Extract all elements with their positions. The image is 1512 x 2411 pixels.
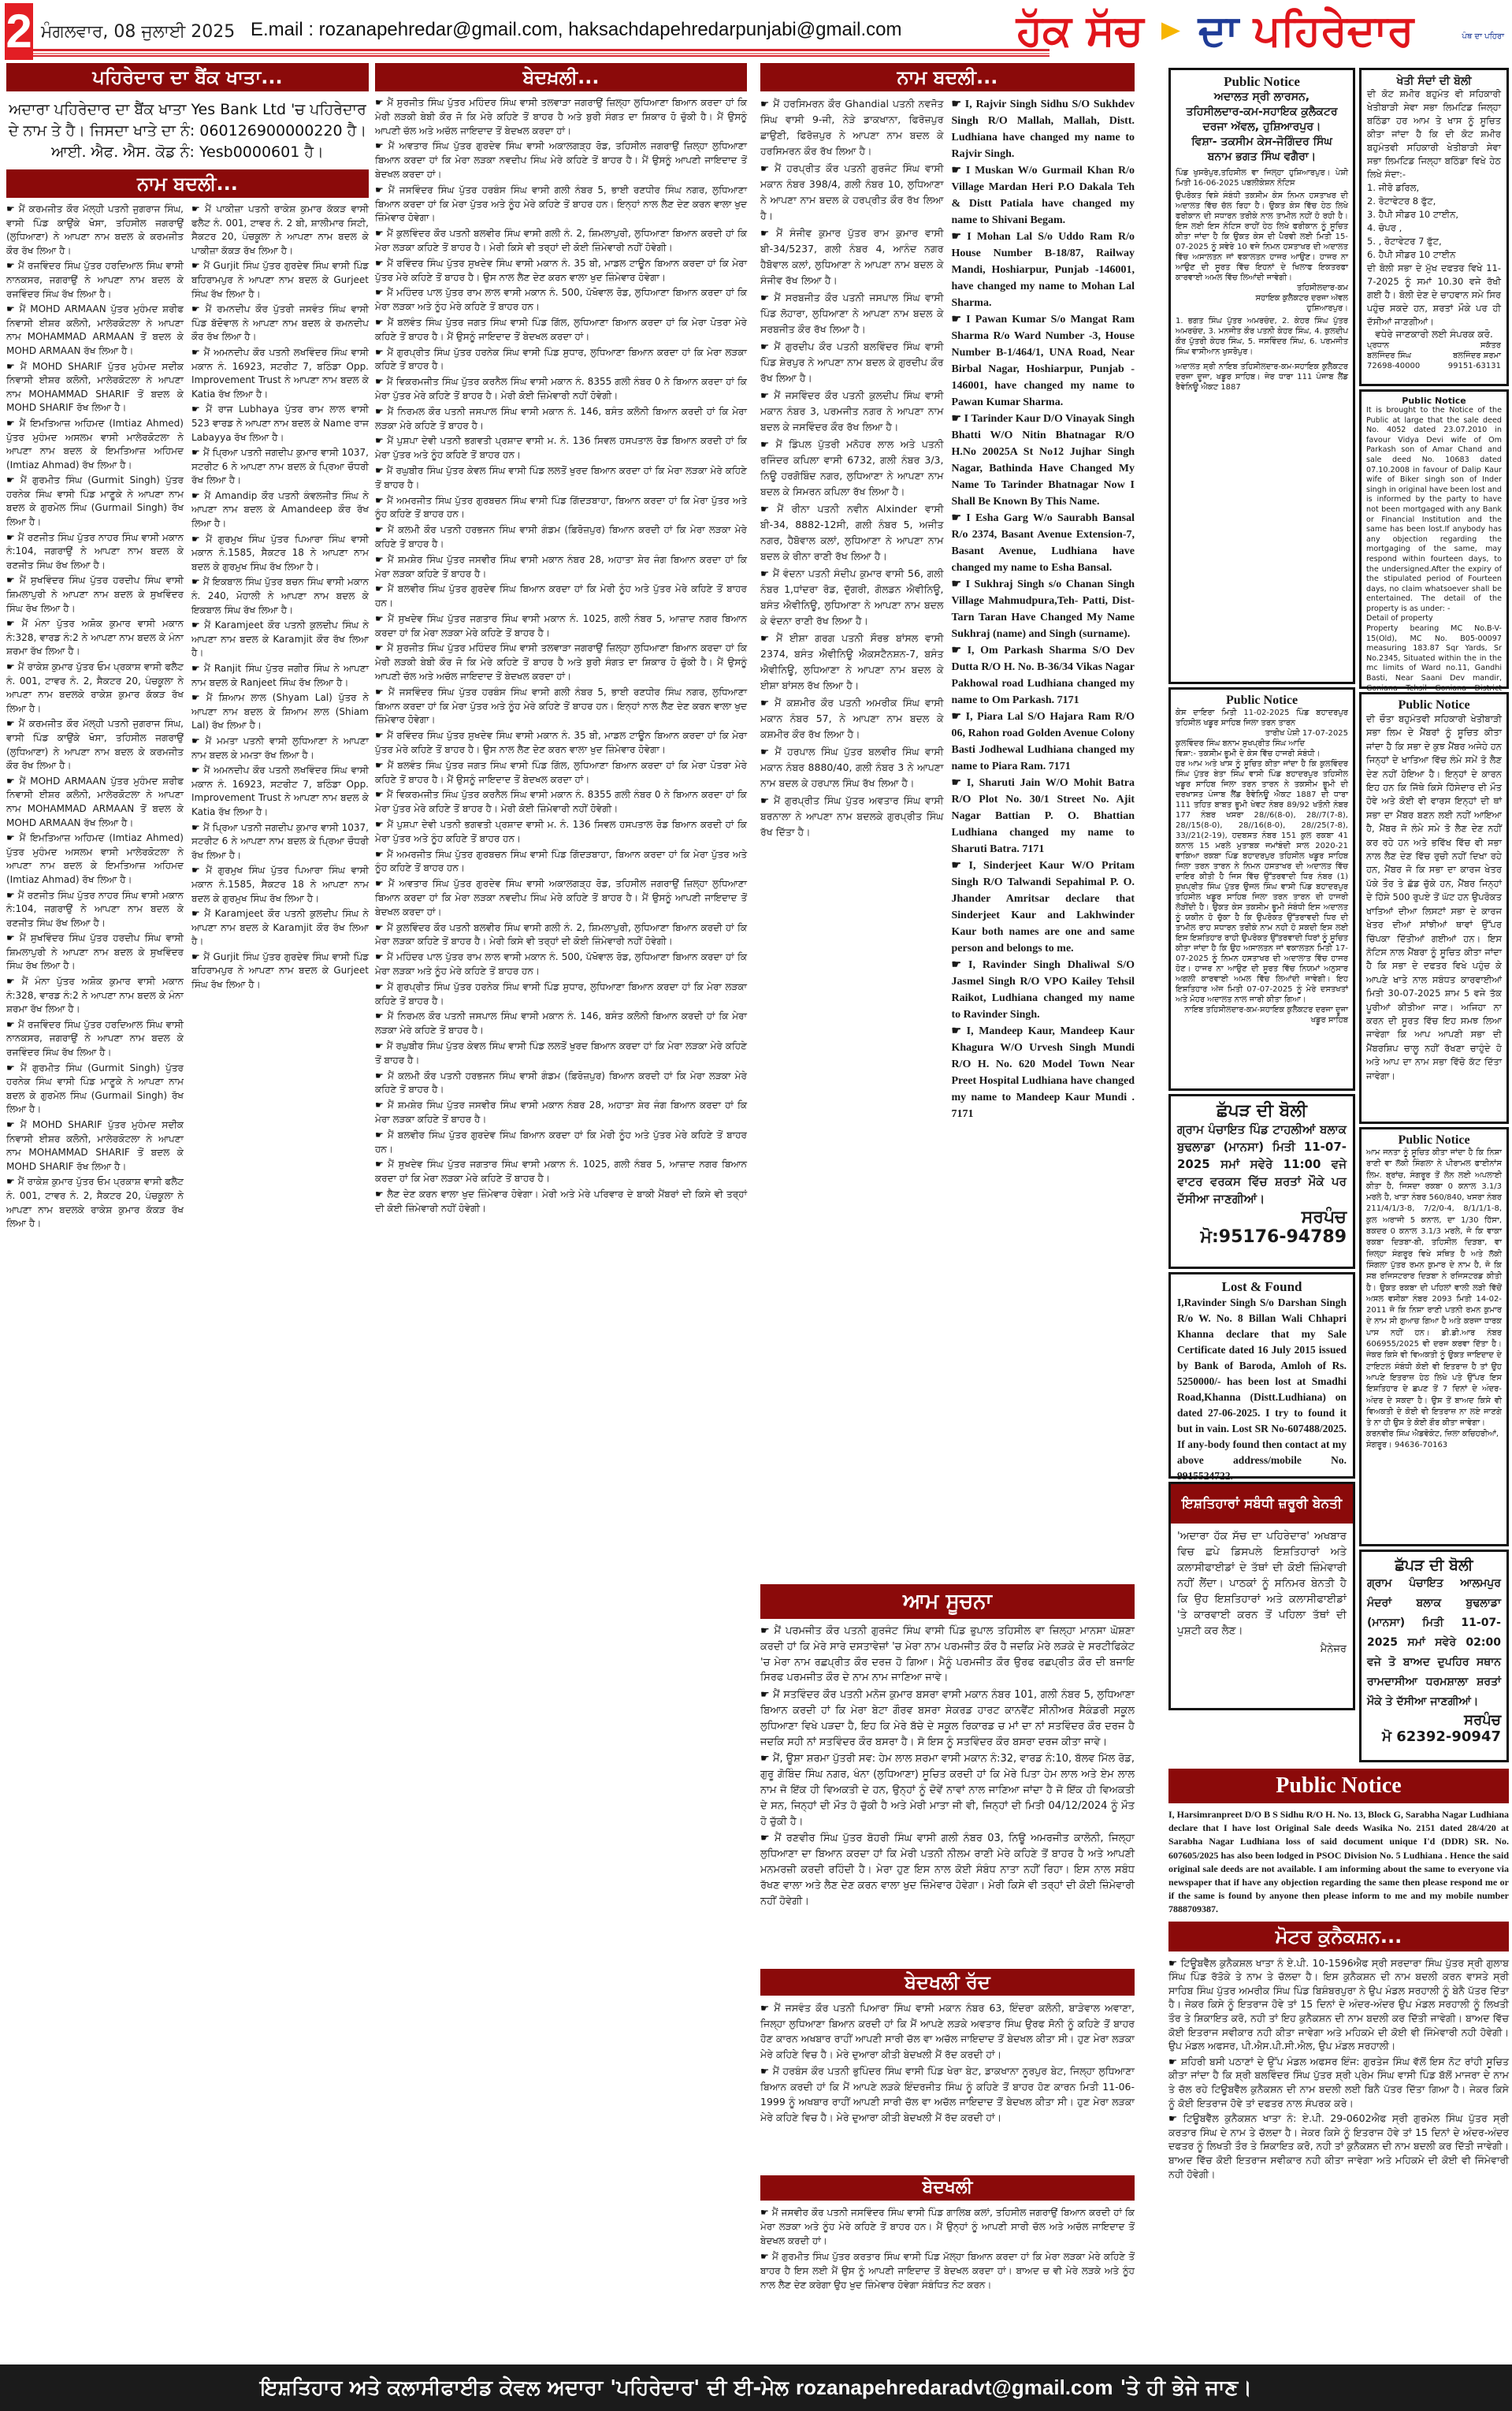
list-item: ਮੈਂ ਰਣਜੀਤ ਸਿੰਘ ਪੁੱਤਰ ਨਾਹਰ ਸਿੰਘ ਵਾਸੀ ਮਕਾਨ… xyxy=(6,889,184,931)
list-item: ਮੈਂ ਜਸਵੀਰ ਕੌਰ ਪਤਨੀ ਜਸਵਿੰਦਰ ਸਿੰਘ ਵਾਸੀ ਪਿੰ… xyxy=(760,2205,1135,2248)
list-item: ਮੈਂ ਅਮਨਦੀਪ ਕੌਰ ਪਤਨੀ ਲਖਵਿੰਦਰ ਸਿੰਘ ਵਾਸੀ ਮਕ… xyxy=(191,764,369,819)
bank-heading: ਪਹਿਰੇਦਾਰ ਦਾ ਬੈਂਕ ਖਾਤਾ... xyxy=(6,63,369,91)
boli-outro: ਦੀ ਬੋਲੀ ਸਭਾ ਦੇ ਮੁੱਖ ਦਫਤਰ ਵਿਖੇ 11-7-2025 … xyxy=(1367,262,1501,329)
list-item: ਮੈਂ ਹਰਪ੍ਰੀਤ ਕੌਰ ਪਤਨੀ ਗੁਰਜੰਟ ਸਿੰਘ ਵਾਸੀ ਮਕ… xyxy=(760,161,944,224)
footer-email[interactable]: rozanapehredaradvt@gmail.com xyxy=(796,2376,1113,2399)
list-item: ਮੈਂ ਰਾਕੇਸ਼ ਕੁਮਾਰ ਪੁੱਤਰ ਓਮ ਪ੍ਰਕਾਸ਼ ਵਾਸੀ ਫ… xyxy=(6,1175,184,1230)
list-item: ਮੈਂ ਡਿੰਪਲ ਪੁੱਤਰੀ ਮਨੋਹਰ ਲਾਲ ਅਤੇ ਪਤਨੀ ਰਜਿੰ… xyxy=(760,437,944,500)
list-item: ਮੈਂ ਸ਼ਮਸ਼ੇਰ ਸਿੰਘ ਪੁੱਤਰ ਜਸਵੀਰ ਸਿੰਘ ਵਾਸੀ ਮ… xyxy=(375,553,747,582)
list-item: ਮੈਂ ਗੁਰਦੀਪ ਕੌਰ ਪਤਨੀ ਬਲਵਿੰਦਰ ਸਿੰਘ ਵਾਸੀ ਪਿ… xyxy=(760,339,944,386)
list-item: I Tarinder Kaur D/O Vinayak Singh Bhatti… xyxy=(952,411,1135,510)
list-item: ਮੈਂ ਜਸਵਿੰਦਰ ਕੌਰ ਪਤਨੀ ਕੁਲਦੀਪ ਸਿੰਘ ਵਾਸੀ ਮਕ… xyxy=(760,388,944,435)
list-item: ਮੈਂ ਪ੍ਰਿਆ ਪਤਨੀ ਜਗਦੀਪ ਕੁਮਾਰ ਵਾਸੀ 1037, ਸਟ… xyxy=(191,821,369,863)
list-item: ਮੈਂ ਮਹਿੰਦਰ ਪਾਲ ਪੁੱਤਰ ਰਾਮ ਲਾਲ ਵਾਸੀ ਮਕਾਨ ਨ… xyxy=(375,286,747,314)
list-item: ਮੈਂ ਵਿਕਰਮਜੀਤ ਸਿੰਘ ਪੁੱਤਰ ਕਰਨੈਲ ਸਿੰਘ ਵਾਸੀ … xyxy=(375,788,747,817)
list-item: I Mohan Lal S/o Uddo Ram R/o House Numbe… xyxy=(952,229,1135,311)
list-item: ਮੈਂ ਜਸਵੰਤ ਕੌਰ ਪਤਨੀ ਪਿਆਰਾ ਸਿੰਘ ਵਾਸੀ ਮਕਾਨ … xyxy=(760,2000,1135,2062)
list-item: ਮੈਂ ਸਤਵਿੰਦਰ ਕੌਰ ਪਤਨੀ ਮਨੋਜ ਕੁਮਾਰ ਬਸਰਾ ਵਾਸ… xyxy=(760,1687,1135,1750)
issue-date: ਮੰਗਲਵਾਰ, 08 ਜੁਲਾਈ 2025 xyxy=(41,22,235,42)
list-item: ਮੈਂ ਪਰਮਜੀਤ ਕੌਰ ਪਤਨੀ ਗੁਰਜੰਟ ਸਿੰਘ ਵਾਸੀ ਪਿੰ… xyxy=(760,1624,1135,1686)
boli-body: ਗ੍ਰਾਮ ਪੰਚਾਇਤ ਆਲਮਪੁਰ ਮੰਦਰਾਂ ਬਲਾਕ ਬੁਢਲਾਡਾ … xyxy=(1367,1574,1501,1712)
list-item: ਮੈਂ Amandip ਕੌਰ ਪਤਨੀ ਕੰਵਲਜੀਤ ਸਿੰਘ ਨੇ ਆਪਣ… xyxy=(191,489,369,531)
president-phone: 72698-40000 xyxy=(1367,361,1420,371)
list-item: I, Piara Lal S/O Hajara Ram R/O 06, Raho… xyxy=(952,709,1135,775)
motor-connection-heading: ਮੋਟਰ ਕੁਨੈਕਸ਼ਨ... xyxy=(1168,1922,1509,1951)
list-item: ਮੈਂ ਸ਼ਿਆਮ ਲਾਲ (Shyam Lal) ਪੁੱਤਰ ਨੇ ਆਪਣਾ … xyxy=(191,691,369,733)
list-item: I Muskan W/o Gurmail Khan R/o Village Ma… xyxy=(952,162,1135,229)
list-item: ਮੈਂ ਸੁਖਵਿੰਦਰ ਸਿੰਘ ਪੁੱਤਰ ਹਰਦੀਪ ਸਿੰਘ ਵਾਸੀ … xyxy=(6,574,184,616)
public-notice-takseem: Public Notice ਅਦਾਲਤ ਸ੍ਰੀ ਲਾਰਸਨ, ਤਹਿਸੀਲਦਾ… xyxy=(1168,68,1355,684)
court-lines: ਅਦਾਲਤ ਸ੍ਰੀ ਲਾਰਸਨ, ਤਹਿਸੀਲਦਾਰ-ਕਮ-ਸਹਾਇਕ ਕੁਲ… xyxy=(1176,90,1348,165)
name-change-col-b: ਮੈਂ ਪਾਕੀਜ਼ਾ ਪਤਨੀ ਰਾਕੇਸ਼ ਕੁਮਾਰ ਕੱਕੜ ਵਾਸੀ … xyxy=(191,203,369,1233)
public-notice-heading: Public Notice xyxy=(1168,1769,1509,1803)
case-details: ਪਿੰਡ ਖੁਸਰੋਪੁਰ,ਤਹਿਸੀਲ ਵਾ ਜਿਲ੍ਹਾ ਹੁਸ਼ਿਆਰਪੁ… xyxy=(1176,168,1348,188)
masthead: 2 ਮੰਗਲਵਾਰ, 08 ਜੁਲਾਈ 2025 E.mail : rozana… xyxy=(0,0,1512,61)
secretary-label: ਸਕੱਤਰ xyxy=(1448,340,1501,351)
secretary-name: ਬਲਜਿੰਦਰ ਸ਼ਰਮਾ xyxy=(1448,351,1501,361)
list-item: ਮੈਂ ਰਣਵੀਰ ਸਿੰਘ ਪੁੱਤਰ ਬੋਹਰੀ ਸਿੰਘ ਵਾਸੀ ਗਲੀ… xyxy=(760,1831,1135,1909)
list-item: ਮੈਂ ਅਮਰਜੀਤ ਸਿੰਘ ਪੁੱਤਰ ਗੁਰਬਚਨ ਸਿੰਘ ਵਾਸੀ ਪ… xyxy=(375,494,747,523)
list-item: ਮੈਂ Karamjeet ਕੌਰ ਪਤਨੀ ਕੁਲਦੀਪ ਸਿੰਘ ਨੇ ਆਪ… xyxy=(191,907,369,949)
list-item: ਮੈਂ ਮਹਿੰਦਰ ਪਾਲ ਪੁੱਤਰ ਰਾਮ ਲਾਲ ਵਾਸੀ ਮਕਾਨ ਨ… xyxy=(375,951,747,979)
signature: ਨਾਇਬ ਤਹਿਸੀਲਦਾਰ-ਕਮ-ਸਹਾਇਕ ਕੁਲੈਕਟਰ ਦਰਜਾ ਦੂਜ… xyxy=(1176,1005,1348,1025)
list-item: ਮੈਂ ਬਲਵੰਤ ਸਿੰਘ ਪੁੱਤਰ ਜਗਤ ਸਿੰਘ ਵਾਸੀ ਪਿੰਡ … xyxy=(375,316,747,344)
notice-title: Public Notice xyxy=(1366,396,1502,406)
case-header: ਕੇਸ ਦਾਇਰਾ ਮਿਤੀ 11-02-2025 ਪਿੰਡ ਬਹਾਦਰਪੁਰ … xyxy=(1176,708,1348,728)
president-name: ਬਲਜਿੰਦਰ ਸਿੰਘ xyxy=(1367,351,1420,361)
bank-details: ਅਦਾਰਾ ਪਹਿਰੇਦਾਰ ਦਾ ਬੈਂਕ ਖਾਤਾ Yes Bank Ltd… xyxy=(6,96,369,166)
name-change-english: I, Rajvir Singh Sidhu S/O Sukhdev Singh … xyxy=(952,96,1135,1519)
boli-title: ਛੱਪੜ ਦੀ ਬੋਲੀ xyxy=(1177,1101,1347,1121)
public-notice-sale-deed: Public Notice It is brought to the Notic… xyxy=(1359,389,1509,689)
list-item: ਮੈਂ ਹਰਸਿਮਰਨ ਕੌਰ Ghandial ਪਤਨੀ ਨਵਜੋਤ ਸਿੰਘ… xyxy=(760,96,944,159)
list-item: ਮੈਂ ਈਸ਼ਾ ਗਰਗ ਪਤਨੀ ਸੌਰਭ ਬਾਂਸਲ ਵਾਸੀ 2374, … xyxy=(760,631,944,694)
case-name: ਕੁਲਵਿੰਦਰ ਸਿੰਘ ਬਨਾਮ ਸੁਖਪ੍ਰੀਤ ਸਿੰਘ ਆਦਿ xyxy=(1176,739,1348,749)
list-item: ਮੈਂ ਮੰਨਾ ਪੁੱਤਰ ਅਸ਼ੋਕ ਕੁਮਾਰ ਵਾਸੀ ਮਕਾਨ ਨੰ:… xyxy=(6,617,184,659)
bedakhli-radd-list: ਮੈਂ ਜਸਵੰਤ ਕੌਰ ਪਤਨੀ ਪਿਆਰਾ ਸਿੰਘ ਵਾਸੀ ਮਕਾਨ … xyxy=(760,2000,1135,2125)
case-subject: ਵਿਸ਼ਾ:- ਤਕਸੀਮ ਭੂਮੀ ਦੇ ਕੇਸ ਵਿੱਚ ਹਾਜਰੀ ਸੰਬ… xyxy=(1176,749,1348,759)
list-item: ਮੈਂ ਵਿਕਰਮਜੀਤ ਸਿੰਘ ਪੁੱਤਰ ਕਰਨੈਲ ਸਿੰਘ ਵਾਸੀ … xyxy=(375,375,747,404)
list-item: I, Sharuti Jain W/O Mohit Batra R/O Plot… xyxy=(952,775,1135,858)
lost-found-notice: Lost & Found I,Ravinder Singh S/o Darsha… xyxy=(1168,1272,1355,1479)
list-item: ਮੈਂ ਪਾਕੀਜ਼ਾ ਪਤਨੀ ਰਾਕੇਸ਼ ਕੁਮਾਰ ਕੱਕੜ ਵਾਸੀ … xyxy=(191,203,369,258)
list-item: 3. ਹੈਪੀ ਸੀਡਰ 10 ਟਾਈਨ, xyxy=(1367,208,1501,221)
list-item: 1. ਜੀਰੋ ਡਰਿਲ, xyxy=(1367,181,1501,195)
signatories: ਪ੍ਰਧਾਨ ਬਲਜਿੰਦਰ ਸਿੰਘ 72698-40000 ਸਕੱਤਰ ਬਲ… xyxy=(1367,340,1501,371)
list-item: ਮੈਂ ਸੁਰਜੀਤ ਸਿੰਘ ਪੁੱਤਰ ਮਹਿੰਦਰ ਸਿੰਘ ਵਾਸੀ ਤ… xyxy=(375,642,747,683)
list-item: I, Mandeep Kaur, Mandeep Kaur Khagura W/… xyxy=(952,1023,1135,1122)
list-item: ਮੈਂ ਪੁਸ਼ਪਾ ਦੇਵੀ ਪਤਨੀ ਭਗਵਤੀ ਪ੍ਰਸ਼ਾਦ ਵਾਸੀ … xyxy=(375,434,747,463)
aam-suchna-list: ਮੈਂ ਪਰਮਜੀਤ ਕੌਰ ਪਤਨੀ ਗੁਰਜੰਟ ਸਿੰਘ ਵਾਸੀ ਪਿੰ… xyxy=(760,1624,1135,1909)
list-item: ਮੈਂ ਜਸਵਿੰਦਰ ਸਿੰਘ ਪੁੱਤਰ ਹਰਬੰਸ ਸਿੰਘ ਵਾਸੀ ਗ… xyxy=(375,686,747,727)
list-item: ਮੈਂ ਸੁਖਦੇਵ ਸਿੰਘ ਪੁੱਤਰ ਜਗਤਾਰ ਸਿੰਘ ਵਾਸੀ ਮਕ… xyxy=(375,612,747,641)
logo-text-2: ਦਾ xyxy=(1198,6,1239,55)
list-item: ਮੈਂ ਇਕਬਾਲ ਸਿੰਘ ਪੁੱਤਰ ਬਚਨ ਸਿੰਘ ਵਾਸੀ ਮਕਾਨ … xyxy=(191,575,369,617)
list-item: ਮੈਂ ਅਮਰਜੀਤ ਸਿੰਘ ਪੁੱਤਰ ਗੁਰਬਚਨ ਸਿੰਘ ਵਾਸੀ ਪ… xyxy=(375,848,747,876)
list-item: ਮੈਂ ਬਲਵੰਤ ਸਿੰਘ ਪੁੱਤਰ ਜਗਤ ਸਿੰਘ ਵਾਸੀ ਪਿੰਡ … xyxy=(375,759,747,787)
list-item: ਮੈਂ ਕੁਲਵਿੰਦਰ ਕੌਰ ਪਤਨੀ ਬਲਵੀਰ ਸਿੰਘ ਵਾਸੀ ਗਲ… xyxy=(375,921,747,950)
list-item: ਮੈਂ ਰਾਕੇਸ਼ ਕੁਮਾਰ ਪੁੱਤਰ ਓਮ ਪ੍ਰਕਾਸ਼ ਵਾਸੀ ਫ… xyxy=(6,660,184,716)
bedakhli-2-heading: ਬੇਦਖਲੀ xyxy=(760,2175,1135,2201)
peshi-date: ਤਾਰੀਖ ਪੇਸ਼ੀ 17-07-2025 xyxy=(1176,728,1348,739)
list-item: I, Om Parkash Sharma S/O Dev Dutta R/O H… xyxy=(952,642,1135,709)
ad-request-body: 'ਅਦਾਰਾ ਹੱਕ ਸੱਚ ਦਾ ਪਹਿਰੇਦਾਰ' ਅਖਬਾਰ ਵਿਚ ਛਪ… xyxy=(1171,1524,1353,1643)
list-item: ਮੈਂ ਕਸ਼ਮੀਰ ਕੌਰ ਪਤਨੀ ਅਮਰੀਕ ਸਿੰਘ ਵਾਸੀ ਮਕਾਨ… xyxy=(760,695,944,742)
list-item: ਮੈਂ ਰਘੁਬੀਰ ਸਿੰਘ ਪੁੱਤਰ ਕੇਵਲ ਸਿੰਘ ਵਾਸੀ ਪਿੰ… xyxy=(375,1040,747,1068)
notice-body: ਉਪਰੋਕਤ ਵਿਸ਼ੇ ਸੰਬੰਧੀ ਤਕਸੀਮ ਕੇਸ ਨਿਮਨ ਹਸਤਾਖ… xyxy=(1176,191,1348,283)
boli-intro: ਦੀ ਕੋਟ ਸ਼ਮੀਰ ਬਹੁਮੰਤ ਵੀ ਸਹਿਕਾਰੀ ਖੇਤੀਬਾੜੀ … xyxy=(1367,87,1501,181)
list-item: I, Sinderjeet Kaur W/O Pritam Singh R/O … xyxy=(952,858,1135,957)
list-item: ਮੈਂ ਪ੍ਰਿਆ ਪਤਨੀ ਜਗਦੀਪ ਕੁਮਾਰ ਵਾਸੀ 1037, ਸਟ… xyxy=(191,446,369,488)
notice-body: ਦੀ ਚੌਤਾ ਬਹੁਮੰਤਵੀ ਸਹਿਕਾਰੀ ਖੇਤੀਬਾੜੀ ਸਭਾ ਲਿ… xyxy=(1366,713,1502,1083)
list-item: ਮੈਂ MOHD ARMAAN ਪੁੱਤਰ ਮੁਹੰਮਦ ਸ਼ਰੀਫ ਨਿਵਾਸ… xyxy=(6,775,184,830)
boli-title: ਖੇਤੀ ਸੰਦਾਂ ਦੀ ਬੋਲੀ xyxy=(1367,75,1501,87)
detail-label: Detail of property xyxy=(1366,614,1502,624)
notice-body: It is brought to the Notice of the Publi… xyxy=(1366,406,1502,614)
list-item: ਮੈਂ MOHD SHARIF ਪੁੱਤਰ ਮੁਹੰਮਦ ਸਦੀਕ ਨਿਵਾਸੀ… xyxy=(6,1118,184,1174)
list-item: 6. ਹੈਪੀ ਸੀਡਰ 10 ਟਾਈਨ xyxy=(1367,248,1501,262)
list-item: ਮੈਂ Gurjit ਸਿੰਘ ਪੁੱਤਰ ਗੁਰਦੇਵ ਸਿੰਘ ਵਾਸੀ ਪ… xyxy=(191,951,369,992)
list-item: 4. ਚੋਪਰ , xyxy=(1367,221,1501,235)
list-item: I, Ravinder Singh Dhaliwal S/O Jasmel Si… xyxy=(952,957,1135,1023)
list-item: I Esha Garg W/o Saurabh Bansal R/o 2374,… xyxy=(952,510,1135,576)
ad-request-box: ਇਸ਼ਤਿਹਾਰਾਂ ਸਬੰਧੀ ਜ਼ਰੂਰੀ ਬੇਨਤੀ 'ਅਦਾਰਾ ਹੱਕ… xyxy=(1168,1482,1355,1710)
list-item: ਮੈਂ ਅਮਨਦੀਪ ਕੌਰ ਪਤਨੀ ਲਖਵਿੰਦਰ ਸਿੰਘ ਵਾਸੀ ਮਕ… xyxy=(191,346,369,401)
list-item: ਮੈਂ Ranjit ਸਿੰਘ ਪੁੱਤਰ ਜਗੀਰ ਸਿੰਘ ਨੇ ਆਪਣਾ … xyxy=(191,662,369,690)
court-line: ਦਰਜਾ ਅੱਵਲ, ਹੁਸ਼ਿਆਰਪੁਰ। xyxy=(1176,120,1348,135)
list-item: ਮੈਂ MOHD SHARIF ਪੁੱਤਰ ਮੁਹੰਮਦ ਸਦੀਕ ਨਿਵਾਸੀ… xyxy=(6,360,184,415)
list-item: ਮੈਂ ਗੁਰਮੁਖ ਸਿੰਘ ਪੁੱਤਰ ਪਿਆਰਾ ਸਿੰਘ ਵਾਸੀ ਮਕ… xyxy=(191,533,369,575)
list-item: ਮੈਂ ਹਰਬੰਸ ਕੌਰ ਪਤਨੀ ਭੁਪਿੰਦਰ ਸਿੰਘ ਵਾਸੀ ਪਿੰ… xyxy=(760,2063,1135,2125)
name-change-heading: ਨਾਮ ਬਦਲੀ... xyxy=(6,169,369,198)
list-item: I Sukhraj Singh s/o Chanan Singh Village… xyxy=(952,576,1135,642)
list-item: ਮੈਂ ਰਣਜੀਤ ਸਿੰਘ ਪੁੱਤਰ ਨਾਹਰ ਸਿੰਘ ਵਾਸੀ ਮਕਾਨ… xyxy=(6,531,184,573)
notice-title: Public Notice xyxy=(1176,694,1348,708)
equipment-list: 1. ਜੀਰੋ ਡਰਿਲ, 2. ਰੋਟਾਵੇਟਰ 8 ਫੁੱਟ, 3. ਹੈਪ… xyxy=(1367,181,1501,262)
list-item: ਲੈਣ ਦੇਣ ਕਰਨ ਵਾਲਾ ਖੁਦ ਜ਼ਿੰਮੇਵਾਰ ਹੋਵੇਗਾ। ਮ… xyxy=(375,1188,747,1216)
sarpanch-phone: ਮੋ 62392-90947 xyxy=(1367,1728,1501,1745)
notice-body: ਹਰ ਆਮ ਅਤੇ ਖਾਸ ਨੂੰ ਸੂਚਿਤ ਕੀਤਾ ਜਾਂਦਾ ਹੈ ਕਿ… xyxy=(1176,759,1348,1005)
contact-line: ਵਧੇਰੇ ਜਾਣਕਾਰੀ ਲਈ ਸੰਪਰਕ ਕਰੋ. xyxy=(1367,329,1501,340)
signature: ਤਹਿਸੀਲਦਾਰ-ਕਮ ਸਹਾਇਕ ਕੁਲੈਕਟਰ ਦਰਜਾ ਅੱਵਲ ਹੁਸ… xyxy=(1176,283,1348,314)
list-item: ਮੈਂ ਗੁਰਮੀਤ ਸਿੰਘ (Gurmit Singh) ਪੁੱਤਰ ਹਰਨ… xyxy=(6,1062,184,1117)
court-line: ਬਨਾਮ ਭਗਤ ਸਿੰਘ ਵਗੈਰਾ। xyxy=(1176,150,1348,165)
list-item: 5. , ਰੋਟਾਵੇਟਰ 7 ਫੁੱਟ, xyxy=(1367,235,1501,248)
list-item: ਮੈਂ ਰੀਨਾ ਪਤਨੀ ਨਵੀਨ Alxinder ਵਾਸੀ ਬੀ-34, … xyxy=(760,501,944,564)
list-item: ਮੈਂ ਗੁਰਪ੍ਰੀਤ ਸਿੰਘ ਪੁੱਤਰ ਹਰਨੇਕ ਸਿੰਘ ਵਾਸੀ … xyxy=(375,980,747,1009)
bedakhli-radd-heading: ਬੇਦਖਲੀ ਰੱਦ xyxy=(760,1969,1135,1996)
khanda-flag-icon xyxy=(1161,22,1180,44)
list-item: ਮੈਂ ਰਾਜ Lubhaya ਪੁੱਤਰ ਰਾਮ ਲਾਲ ਵਾਸੀ 523 ਵ… xyxy=(191,403,369,445)
bedakhli-list: ਮੈਂ ਸੁਰਜੀਤ ਸਿੰਘ ਪੁੱਤਰ ਮਹਿੰਦਰ ਸਿੰਘ ਵਾਸੀ ਤ… xyxy=(375,96,747,1216)
list-item: I, Rajvir Singh Sidhu S/O Sukhdev Singh … xyxy=(952,96,1135,162)
list-item: ਮੈਂ ਰਜਵਿੰਦਰ ਸਿੰਘ ਪੁੱਤਰ ਹਰਦਿਆਲ ਸਿੰਘ ਵਾਸੀ … xyxy=(6,259,184,301)
lost-found-title: Lost & Found xyxy=(1177,1279,1347,1295)
sig-line: ਤਹਿਸੀਲਦਾਰ-ਕਮ xyxy=(1176,283,1348,293)
aam-suchna-section: ਆਮ ਸੂਚਨਾ ਮੈਂ ਪਰਮਜੀਤ ਕੌਰ ਪਤਨੀ ਗੁਰਜੰਟ ਸਿੰਘ… xyxy=(760,1584,1135,1911)
list-item: ਮੈਂ ਕਰਮਜੀਤ ਕੌਰ ਮੱਲ੍ਹੀ ਪਤਨੀ ਜੁਗਰਾਜ ਸਿੰਘ, … xyxy=(6,717,184,772)
list-item: ਮੈਂ ਰਵਿੰਦਰ ਸਿੰਘ ਪੁੱਤਰ ਸੁਖਦੇਵ ਸਿੰਘ ਵਾਸੀ ਮ… xyxy=(375,257,747,285)
advocate-contact: ਕਰਨਵੀਰ ਸਿੰਘ ਐਡਵੋਕੇਟ, ਜ਼ਿਲਾ ਕਚਿਹਰੀਆਂ, ਸੰਗ… xyxy=(1366,1429,1502,1451)
list-item: ਮੈਂ Karamjeet ਕੌਰ ਪਤਨੀ ਕੁਲਦੀਪ ਸਿੰਘ ਨੇ ਆਪ… xyxy=(191,619,369,660)
list-item: ਮੈਂ ਕੁਲਵਿੰਦਰ ਕੌਰ ਪਤਨੀ ਬਲਵੀਰ ਸਿੰਘ ਵਾਸੀ ਗਲ… xyxy=(375,227,747,255)
list-item: ਮੈਂ ਗੁਰਪ੍ਰੀਤ ਸਿੰਘ ਪੁੱਤਰ ਹਰਨੇਕ ਸਿੰਘ ਵਾਸੀ … xyxy=(375,346,747,374)
list-item: ਮੈਂ ਮਮਤਾ ਪਤਨੀ ਵਾਸੀ ਲੁਧਿਆਣਾ ਨੇ ਆਪਣਾ ਨਾਮ ਬ… xyxy=(191,735,369,762)
footer-text: ਇਸ਼ਤਿਹਾਰ ਅਤੇ ਕਲਾਸੀਫਾਈਡ ਕੇਵਲ ਅਦਾਰਾ 'ਪਹਿਰੇ… xyxy=(260,2376,789,2400)
footer-text-end: 'ਤੇ ਹੀ ਭੇਜੇ ਜਾਣ। xyxy=(1120,2376,1252,2400)
list-item: ਮੈਂ ਹਰਪਾਲ ਸਿੰਘ ਪੁੱਤਰ ਬਲਵੀਰ ਸਿੰਘ ਵਾਸੀ ਮਕਾ… xyxy=(760,744,944,791)
list-item: ਟਿਊਬਵੈੱਲ ਕੁਨੈਕਸ਼ਲ ਖਾਤਾ ਨੰ ਏ.ਪੀ. 10-1596ਐ… xyxy=(1168,1956,1509,2053)
public-notice-body: I, Harsimranpreet D/O B S Sidhu R/O H. N… xyxy=(1168,1808,1509,1917)
list-item: ਮੈਂ ਪੁਸ਼ਪਾ ਦੇਵੀ ਪਤਨੀ ਭਗਵਤੀ ਪ੍ਰਸ਼ਾਦ ਵਾਸੀ … xyxy=(375,818,747,846)
secretary: ਸਕੱਤਰ ਬਲਜਿੰਦਰ ਸ਼ਰਮਾ 99151-63131 xyxy=(1448,340,1501,371)
list-item: ਮੈਂ ਗੁਰਪ੍ਰੀਤ ਸਿੰਘ ਪੁੱਤਰ ਅਵਤਾਰ ਸਿੰਘ ਵਾਸੀ … xyxy=(760,793,944,840)
column-bedakhli: ਬੇਦਖ਼ਲੀ... ਮੈਂ ਸੁਰਜੀਤ ਸਿੰਘ ਪੁੱਤਰ ਮਹਿੰਦਰ … xyxy=(375,63,747,1218)
president-label: ਪ੍ਰਧਾਨ xyxy=(1367,340,1420,351)
public-notice-big: Public Notice I, Harsimranpreet D/O B S … xyxy=(1168,1769,1509,2182)
list-item: ਮੈਂ, ਊਸ਼ਾ ਸ਼ਰਮਾ ਪੁੱਤਰੀ ਸਵ: ਹੇਮ ਲਾਲ ਸ਼ਰਮਾ… xyxy=(760,1751,1135,1829)
chhappar-boli-1: ਛੱਪੜ ਦੀ ਬੋਲੀ ਗ੍ਰਾਮ ਪੰਚਾਇਤ ਪਿੰਡ ਟਾਹਲੀਆਂ ਬ… xyxy=(1168,1094,1355,1269)
bedakhli-heading: ਬੇਦਖ਼ਲੀ... xyxy=(375,63,747,91)
public-notice-loan: Public Notice ਆਮ ਜਨਤਾ ਨੂੰ ਸੂਚਿਤ ਕੀਤਾ ਜਾਂ… xyxy=(1359,1127,1509,1546)
newspaper-logo: ਹੱਕ ਸੱਚ ਦਾ ਪਹਿਰੇਦਾਰ ਪੰਥ ਦਾ ਪਹਿਰਾ xyxy=(1016,3,1509,58)
list-item: ਮੈਂ ਰਜਵਿੰਦਰ ਸਿੰਘ ਪੁੱਤਰ ਹਰਦਿਆਲ ਸਿੰਘ ਵਾਸੀ … xyxy=(6,1018,184,1060)
list-item: ਮੈਂ ਵੰਦਨਾ ਪਤਨੀ ਸੰਦੀਪ ਕੁਮਾਰ ਵਾਸੀ 56, ਗਲੀ … xyxy=(760,566,944,629)
parties-list: 1. ਭਗਤ ਸਿੰਘ ਪੁੱਤਰ ਅਮਰਚੰਦ, 2. ਕੇਹਰ ਸਿੰਘ ਪ… xyxy=(1176,316,1348,357)
notice-title: Public Notice xyxy=(1176,74,1348,90)
list-item: ਮੈਂ ਗੁਰਮੀਤ ਸਿੰਘ ਪੁੱਤਰ ਕਰਤਾਰ ਸਿੰਘ ਵਾਸੀ ਪਿ… xyxy=(760,2249,1135,2292)
column-left: ਪਹਿਰੇਦਾਰ ਦਾ ਬੈਂਕ ਖਾਤਾ... ਅਦਾਰਾ ਪਹਿਰੇਦਾਰ … xyxy=(6,63,369,1233)
list-item: ਮੈਂ ਨਿਰਮਲ ਕੌਰ ਪਤਨੀ ਜਸਪਾਲ ਸਿੰਘ ਵਾਸੀ ਮਕਾਨ … xyxy=(375,405,747,433)
court-line: ਤਹਿਸੀਲਦਾਰ-ਕਮ-ਸਹਾਇਕ ਕੁਲੈਕਟਰ xyxy=(1176,105,1348,120)
list-item: ਮੈਂ ਗੁਰਮੀਤ ਸਿੰਘ (Gurmit Singh) ਪੁੱਤਰ ਹਰਨ… xyxy=(6,474,184,529)
list-item: I Pawan Kumar S/o Mangat Ram Sharma R/o … xyxy=(952,311,1135,411)
list-item: ਮੈਂ ਰਮਨਦੀਪ ਕੌਰ ਪੁੱਤਰੀ ਜਸਵੰਤ ਸਿੰਘ ਵਾਸੀ ਪਿ… xyxy=(191,303,369,344)
list-item: ਮੈਂ ਕਰਮਜੀਤ ਕੌਰ ਮੱਲ੍ਹੀ ਪਤਨੀ ਜੁਗਰਾਜ ਸਿੰਘ, … xyxy=(6,203,184,258)
header-rule xyxy=(33,49,1049,57)
list-item: ਮੈਂ ਇਮਤਿਆਜ਼ ਅਹਿਮਦ (Imtiaz Ahmed) ਪੁੱਤਰ ਮ… xyxy=(6,417,184,472)
notice-title: Public Notice xyxy=(1366,1133,1502,1148)
secretary-phone: 99151-63131 xyxy=(1448,361,1501,371)
notice-body: ਆਮ ਜਨਤਾ ਨੂੰ ਸੂਚਿਤ ਕੀਤਾ ਜਾਂਦਾ ਹੈ ਕਿ ਨਿਸ਼ਾ… xyxy=(1366,1148,1502,1429)
contact-email: E.mail : rozanapehredar@gmail.com, haksa… xyxy=(251,19,901,41)
list-item: ਮੈਂ ਸੰਜੀਵ ਕੁਮਾਰ ਪੁੱਤਰ ਰਾਮ ਕੁਮਾਰ ਵਾਸੀ ਬੀ-… xyxy=(760,225,944,288)
bedakhli-2-list: ਮੈਂ ਜਸਵੀਰ ਕੌਰ ਪਤਨੀ ਜਸਵਿੰਦਰ ਸਿੰਘ ਵਾਸੀ ਪਿੰ… xyxy=(760,2205,1135,2292)
list-item: ਮੈਂ ਜਸਵਿੰਦਰ ਸਿੰਘ ਪੁੱਤਰ ਹਰਬੰਸ ਸਿੰਘ ਵਾਸੀ ਗ… xyxy=(375,184,747,225)
bedakhli-2-section: ਬੇਦਖਲੀ ਮੈਂ ਜਸਵੀਰ ਕੌਰ ਪਤਨੀ ਜਸਵਿੰਦਰ ਸਿੰਘ ਵ… xyxy=(760,2175,1135,2294)
public-notice-membership: Public Notice ਦੀ ਚੌਤਾ ਬਹੁਮੰਤਵੀ ਸਹਿਕਾਰੀ ਖ… xyxy=(1359,692,1509,1124)
list-item: ਮੈਂ ਅਵਤਾਰ ਸਿੰਘ ਪੁੱਤਰ ਗੁਰਦੇਵ ਸਿੰਘ ਵਾਸੀ ਅਕ… xyxy=(375,877,747,919)
list-item: ਮੈਂ ਸਰਬਜੀਤ ਕੌਰ ਪਤਨੀ ਜਸਪਾਲ ਸਿੰਘ ਵਾਸੀ ਪਿੰਡ… xyxy=(760,290,944,337)
list-item: ਮੈਂ ਮੰਨਾ ਪੁੱਤਰ ਅਸ਼ੋਕ ਕੁਮਾਰ ਵਾਸੀ ਮਕਾਨ ਨੰ:… xyxy=(6,975,184,1017)
aam-suchna-heading: ਆਮ ਸੂਚਨਾ xyxy=(760,1584,1135,1619)
list-item: ਮੈਂ ਬਲਵੀਰ ਸਿੰਘ ਪੁੱਤਰ ਗੁਰਦੇਵ ਸਿੰਘ ਬਿਆਨ ਕਰ… xyxy=(375,582,747,611)
bedakhli-radd-section: ਬੇਦਖਲੀ ਰੱਦ ਮੈਂ ਜਸਵੰਤ ਕੌਰ ਪਤਨੀ ਪਿਆਰਾ ਸਿੰਘ… xyxy=(760,1969,1135,2126)
list-item: ਮੈਂ ਸ਼ਮਸ਼ੇਰ ਸਿੰਘ ਪੁੱਤਰ ਜਸਵੀਰ ਸਿੰਘ ਵਾਸੀ ਮ… xyxy=(375,1099,747,1127)
boli-body: ਗ੍ਰਾਮ ਪੰਚਾਇਤ ਪਿੰਡ ਟਾਹਲੀਆਂ ਬਲਾਕ ਬੁਢਲਾਡਾ (… xyxy=(1177,1121,1347,1207)
name-change-right-heading: ਨਾਮ ਬਦਲੀ... xyxy=(760,63,1135,91)
manager-signature: ਮੈਨੇਜਰ xyxy=(1171,1643,1353,1655)
name-change-col-a: ਮੈਂ ਕਰਮਜੀਤ ਕੌਰ ਮੱਲ੍ਹੀ ਪਤਨੀ ਜੁਗਰਾਜ ਸਿੰਘ, … xyxy=(6,203,184,1233)
list-item: ਮੈਂ ਨਿਰਮਲ ਕੌਰ ਪਤਨੀ ਜਸਪਾਲ ਸਿੰਘ ਵਾਸੀ ਮਕਾਨ … xyxy=(375,1010,747,1038)
list-item: ਟਿਊਬਵੈੱਲ ਕੁਨੈਕਸ਼ਨ ਖਾਤਾ ਨੰ: ਏ.ਪੀ. 29-0602… xyxy=(1168,2111,1509,2181)
column-name-change-right: ਨਾਮ ਬਦਲੀ... ਮੈਂ ਹਰਸਿਮਰਨ ਕੌਰ Ghandial ਪਤਨ… xyxy=(760,63,1135,1519)
list-item: ਮੈਂ ਇਮਤਿਆਜ਼ ਅਹਿਮਦ (Imtiaz Ahmed) ਪੁੱਤਰ ਮ… xyxy=(6,832,184,887)
ad-request-heading: ਇਸ਼ਤਿਹਾਰਾਂ ਸਬੰਧੀ ਜ਼ਰੂਰੀ ਬੇਨਤੀ xyxy=(1171,1484,1353,1524)
case-subject: ਅਦਾਲਤ ਸ਼੍ਰੀ ਨਾਇਬ ਤਹਿਸੀਲਦਾਰ-ਕਮ-ਸਹਾਇਕ ਕੁਲੈ… xyxy=(1176,362,1348,393)
list-item: ਸ਼ਹਿਰੀ ਬਸੀ ਪਠਾਣਾਂ ਦੇ ਉੱਪ ਮੰਡਲ ਅਫਸਰ ਇੰਜ: … xyxy=(1168,2055,1509,2110)
boli-title: ਛੱਪੜ ਦੀ ਬੋਲੀ xyxy=(1367,1557,1501,1574)
logo-text-3: ਪਹਿਰੇਦਾਰ xyxy=(1254,6,1414,55)
president: ਪ੍ਰਧਾਨ ਬਲਜਿੰਦਰ ਸਿੰਘ 72698-40000 xyxy=(1367,340,1420,371)
court-line: ਵਿਸ਼ਾ- ਤਕਸੀਮ ਕੇਸ-ਜੋਗਿੰਦਰ ਸਿੰਘ xyxy=(1176,135,1348,150)
public-notice-takseem-2: Public Notice ਕੇਸ ਦਾਇਰਾ ਮਿਤੀ 11-02-2025 … xyxy=(1168,687,1355,1091)
logo-text-1: ਹੱਕ ਸੱਚ xyxy=(1016,6,1143,55)
list-item: ਮੈਂ ਕਲਮੀ ਕੌਰ ਪਤਨੀ ਹਰਭਜਨ ਸਿੰਘ ਵਾਸੀ ਗੰਡਮ (… xyxy=(375,1070,747,1098)
list-item: ਮੈਂ ਬਲਵੀਰ ਸਿੰਘ ਪੁੱਤਰ ਗੁਰਦੇਵ ਸਿੰਘ ਬਿਆਨ ਕਰ… xyxy=(375,1129,747,1157)
sig-line: ਸਹਾਇਕ ਕੁਲੈਕਟਰ ਦਰਜਾ ਅੱਵਲ xyxy=(1176,293,1348,303)
list-item: ਮੈਂ ਅਵਤਾਰ ਸਿੰਘ ਪੁੱਤਰ ਗੁਰਦੇਵ ਸਿੰਘ ਵਾਸੀ ਅਕ… xyxy=(375,140,747,181)
list-item: ਮੈਂ ਸੁਰਜੀਤ ਸਿੰਘ ਪੁੱਤਰ ਮਹਿੰਦਰ ਸਿੰਘ ਵਾਸੀ ਤ… xyxy=(375,96,747,138)
lost-found-body: I,Ravinder Singh S/o Darshan Singh R/o W… xyxy=(1177,1295,1347,1484)
sarpanch-phone: ਮੋ:95176-94789 xyxy=(1177,1227,1347,1247)
list-item: ਮੈਂ MOHD ARMAAN ਪੁੱਤਰ ਮੁਹੰਮਦ ਸ਼ਰੀਫ ਨਿਵਾਸ… xyxy=(6,303,184,358)
motor-connection-list: ਟਿਊਬਵੈੱਲ ਕੁਨੈਕਸ਼ਲ ਖਾਤਾ ਨੰ ਏ.ਪੀ. 10-1596ਐ… xyxy=(1168,1956,1509,2182)
list-item: ਮੈਂ ਰਵਿੰਦਰ ਸਿੰਘ ਪੁੱਤਰ ਸੁਖਦੇਵ ਸਿੰਘ ਵਾਸੀ ਮ… xyxy=(375,729,747,757)
sig-line: ਹੁਸ਼ਿਆਰਪੁਰ। xyxy=(1176,303,1348,314)
list-item: ਮੈਂ ਗੁਰਮੁਖ ਸਿੰਘ ਪੁੱਤਰ ਪਿਆਰਾ ਸਿੰਘ ਵਾਸੀ ਮਕ… xyxy=(191,864,369,906)
list-item: ਮੈਂ ਰਘੁਬੀਰ ਸਿੰਘ ਪੁੱਤਰ ਕੇਵਲ ਸਿੰਘ ਵਾਸੀ ਪਿੰ… xyxy=(375,464,747,493)
list-item: ਮੈਂ ਕਲਮੀ ਕੌਰ ਪਤਨੀ ਹਰਭਜਨ ਸਿੰਘ ਵਾਸੀ ਗੰਡਮ (… xyxy=(375,523,747,552)
notice-title: Public Notice xyxy=(1366,698,1502,713)
footer-banner: ਇਸ਼ਤਿਹਾਰ ਅਤੇ ਕਲਾਸੀਫਾਈਡ ਕੇਵਲ ਅਦਾਰਾ 'ਪਹਿਰੇ… xyxy=(0,2364,1512,2411)
kheti-sanda-boli: ਖੇਤੀ ਸੰਦਾਂ ਦੀ ਬੋਲੀ ਦੀ ਕੋਟ ਸ਼ਮੀਰ ਬਹੁਮੰਤ ਵ… xyxy=(1359,68,1509,386)
name-change-punjabi: ਮੈਂ ਹਰਸਿਮਰਨ ਕੌਰ Ghandial ਪਤਨੀ ਨਵਜੋਤ ਸਿੰਘ… xyxy=(760,96,944,1519)
list-item: 2. ਰੋਟਾਵੇਟਰ 8 ਫੁੱਟ, xyxy=(1367,195,1501,208)
logo-tagline: ਪੰਥ ਦਾ ਪਹਿਰਾ xyxy=(1462,9,1505,65)
list-item: ਮੈਂ ਸੁਖਦੇਵ ਸਿੰਘ ਪੁੱਤਰ ਜਗਤਾਰ ਸਿੰਘ ਵਾਸੀ ਮਕ… xyxy=(375,1158,747,1186)
sarpanch-label: ਸਰਪੰਚ xyxy=(1367,1712,1501,1728)
page-number: 2 xyxy=(5,3,33,60)
chhappar-boli-2: ਛੱਪੜ ਦੀ ਬੋਲੀ ਗ੍ਰਾਮ ਪੰਚਾਇਤ ਆਲਮਪੁਰ ਮੰਦਰਾਂ … xyxy=(1359,1550,1509,1762)
court-line: ਅਦਾਲਤ ਸ੍ਰੀ ਲਾਰਸਨ, xyxy=(1176,90,1348,105)
sarpanch-label: ਸਰਪੰਚ xyxy=(1177,1207,1347,1227)
list-item: ਮੈਂ ਸੁਖਵਿੰਦਰ ਸਿੰਘ ਪੁੱਤਰ ਹਰਦੀਪ ਸਿੰਘ ਵਾਸੀ … xyxy=(6,932,184,973)
list-item: ਮੈਂ Gurjit ਸਿੰਘ ਪੁੱਤਰ ਗੁਰਦੇਵ ਸਿੰਘ ਵਾਸੀ ਪ… xyxy=(191,259,369,301)
